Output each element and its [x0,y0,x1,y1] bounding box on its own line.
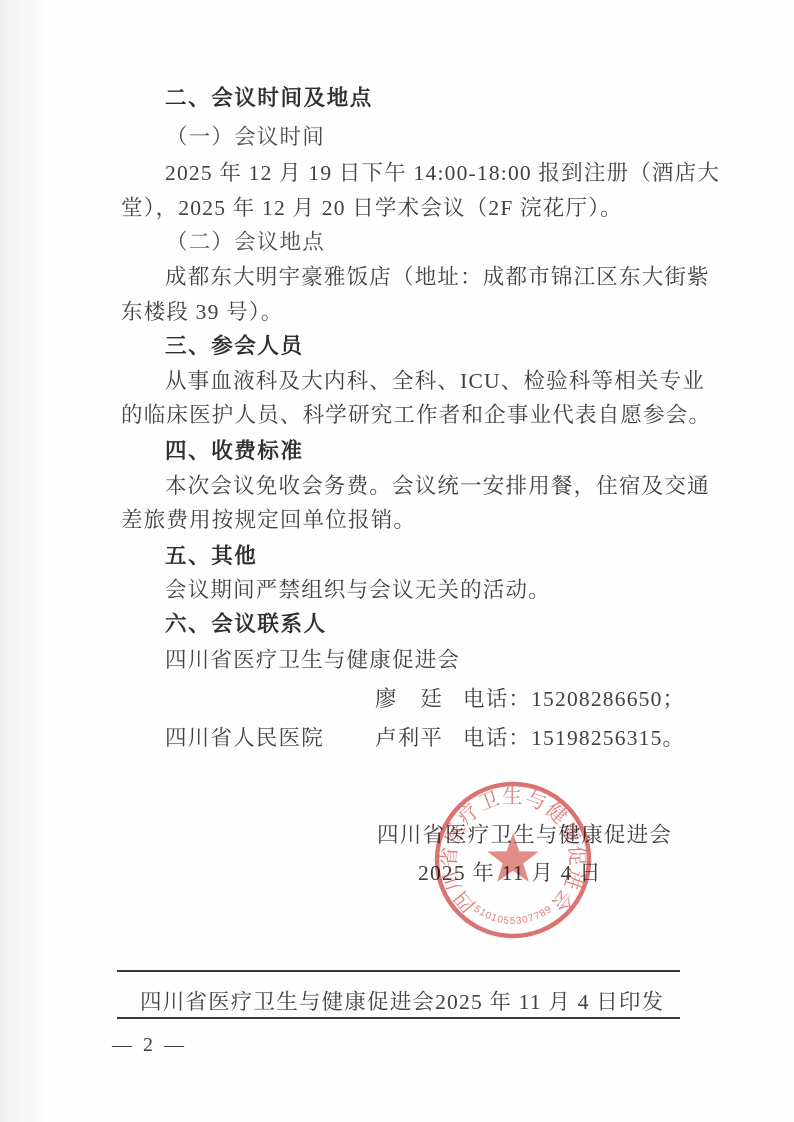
paragraph-line: 会议期间严禁组织与会议无关的活动。 [165,580,551,602]
seal-star-icon [487,833,538,882]
paragraph-line: 堂），2025 年 12 月 20 日学术会议（2F 浣花厅）。 [121,198,623,220]
section-3-heading: 三、参会人员 [165,336,304,358]
colophon-top-rule [117,970,680,972]
contact-organization: 四川省人民医院 [165,728,324,750]
contact-name: 廖 廷 [375,689,443,711]
section-5-heading: 五、其他 [165,546,257,568]
paragraph-line: 从事血液科及大内科、全科、ICU、检验科等相关专业 [165,371,705,393]
paragraph-line: 的临床医护人员、科学研究工作者和企事业代表自愿参会。 [121,405,711,427]
page-number: — 2 — [112,1034,187,1057]
contact-phone: 电话：15208286650； [463,689,685,711]
seal-serial-number: 5101055307789 [472,904,555,927]
colophon-print-date: 2025 年 11 月 4 日印发 [435,985,664,1016]
paragraph-line: 成都东大明宇豪雅饭店（地址：成都市锦江区东大街紫 [165,267,710,289]
colophon: 四川省医疗卫生与健康促进会 2025 年 11 月 4 日印发 [117,985,680,1016]
paragraph-line: 差旅费用按规定回单位报销。 [121,510,416,532]
paragraph-line: 东楼段 39 号）。 [121,302,284,324]
section-6-heading: 六、会议联系人 [165,614,327,636]
official-seal-stamp: 四川省医疗卫生与健康促进会 5101055307789 [431,776,595,944]
section-2-sub-1-heading: （一）会议时间 [166,127,325,149]
contact-name: 卢利平 [375,728,443,750]
section-2-sub-2-heading: （二）会议地点 [166,232,325,254]
contact-organization: 四川省医疗卫生与健康促进会 [165,650,460,672]
paragraph-line: 本次会议免收会务费。会议统一安排用餐，住宿及交通 [165,476,710,498]
colophon-issuer: 四川省医疗卫生与健康促进会 [140,985,435,1016]
section-2-heading: 二、会议时间及地点 [165,88,373,110]
paragraph-line: 2025 年 12 月 19 日下午 14:00-18:00 报到注册（酒店大 [165,163,720,185]
section-4-heading: 四、收费标准 [165,441,304,463]
contact-phone: 电话：15198256315。 [463,728,685,750]
colophon-bottom-rule [117,1017,680,1019]
document-page: 二、会议时间及地点 （一）会议时间 2025 年 12 月 19 日下午 14:… [0,0,794,1122]
